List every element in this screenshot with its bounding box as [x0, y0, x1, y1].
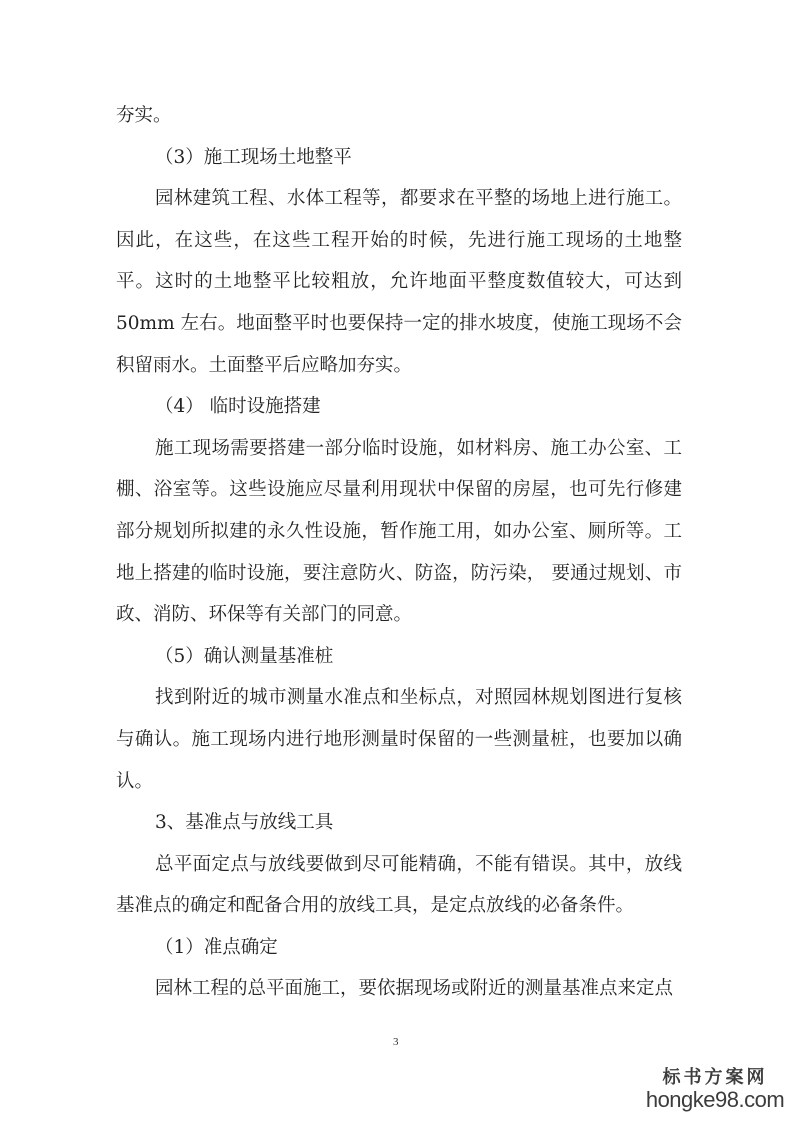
document-page: 夯实。 （3）施工现场土地整平 园林建筑工程、水体工程等，都要求在平整的场地上进…: [0, 0, 793, 1122]
paragraph-temporary-facilities: 施工现场需要搭建一部分临时设施，如材料房、施工办公室、工棚、浴室等。这些设施应尽…: [116, 428, 682, 636]
page-number: 3: [393, 1036, 399, 1048]
section-heading-point-determination: （1）准点确定: [116, 927, 682, 969]
section-heading-benchmark-stakes: （5）确认测量基准桩: [116, 636, 682, 678]
watermark-logo: 标书方案网 hongke98.com: [640, 1068, 790, 1112]
paragraph-site-leveling: 园林建筑工程、水体工程等，都要求在平整的场地上进行施工。因此，在这些，在这些工程…: [116, 178, 682, 386]
document-body: 夯实。 （3）施工现场土地整平 园林建筑工程、水体工程等，都要求在平整的场地上进…: [116, 95, 682, 1010]
watermark-url-text: hongke98.com: [640, 1088, 790, 1112]
paragraph-reference-points-tools: 总平面定点与放线要做到尽可能精确，不能有错误。其中，放线基准点的确定和配备合用的…: [116, 844, 682, 927]
paragraph-continuation: 夯实。: [116, 95, 682, 137]
paragraph-point-determination: 园林工程的总平面施工，要依据现场或附近的测量基准点来定点: [116, 968, 682, 1010]
section-heading-temporary-facilities: （4） 临时设施搭建: [116, 386, 682, 428]
paragraph-benchmark-stakes: 找到附近的城市测量水准点和坐标点，对照园林规划图进行复核与确认。施工现场内进行地…: [116, 677, 682, 802]
watermark-chinese-text: 标书方案网: [640, 1068, 790, 1088]
section-heading-reference-points-tools: 3、基准点与放线工具: [116, 802, 682, 844]
section-heading-site-leveling: （3）施工现场土地整平: [116, 137, 682, 179]
